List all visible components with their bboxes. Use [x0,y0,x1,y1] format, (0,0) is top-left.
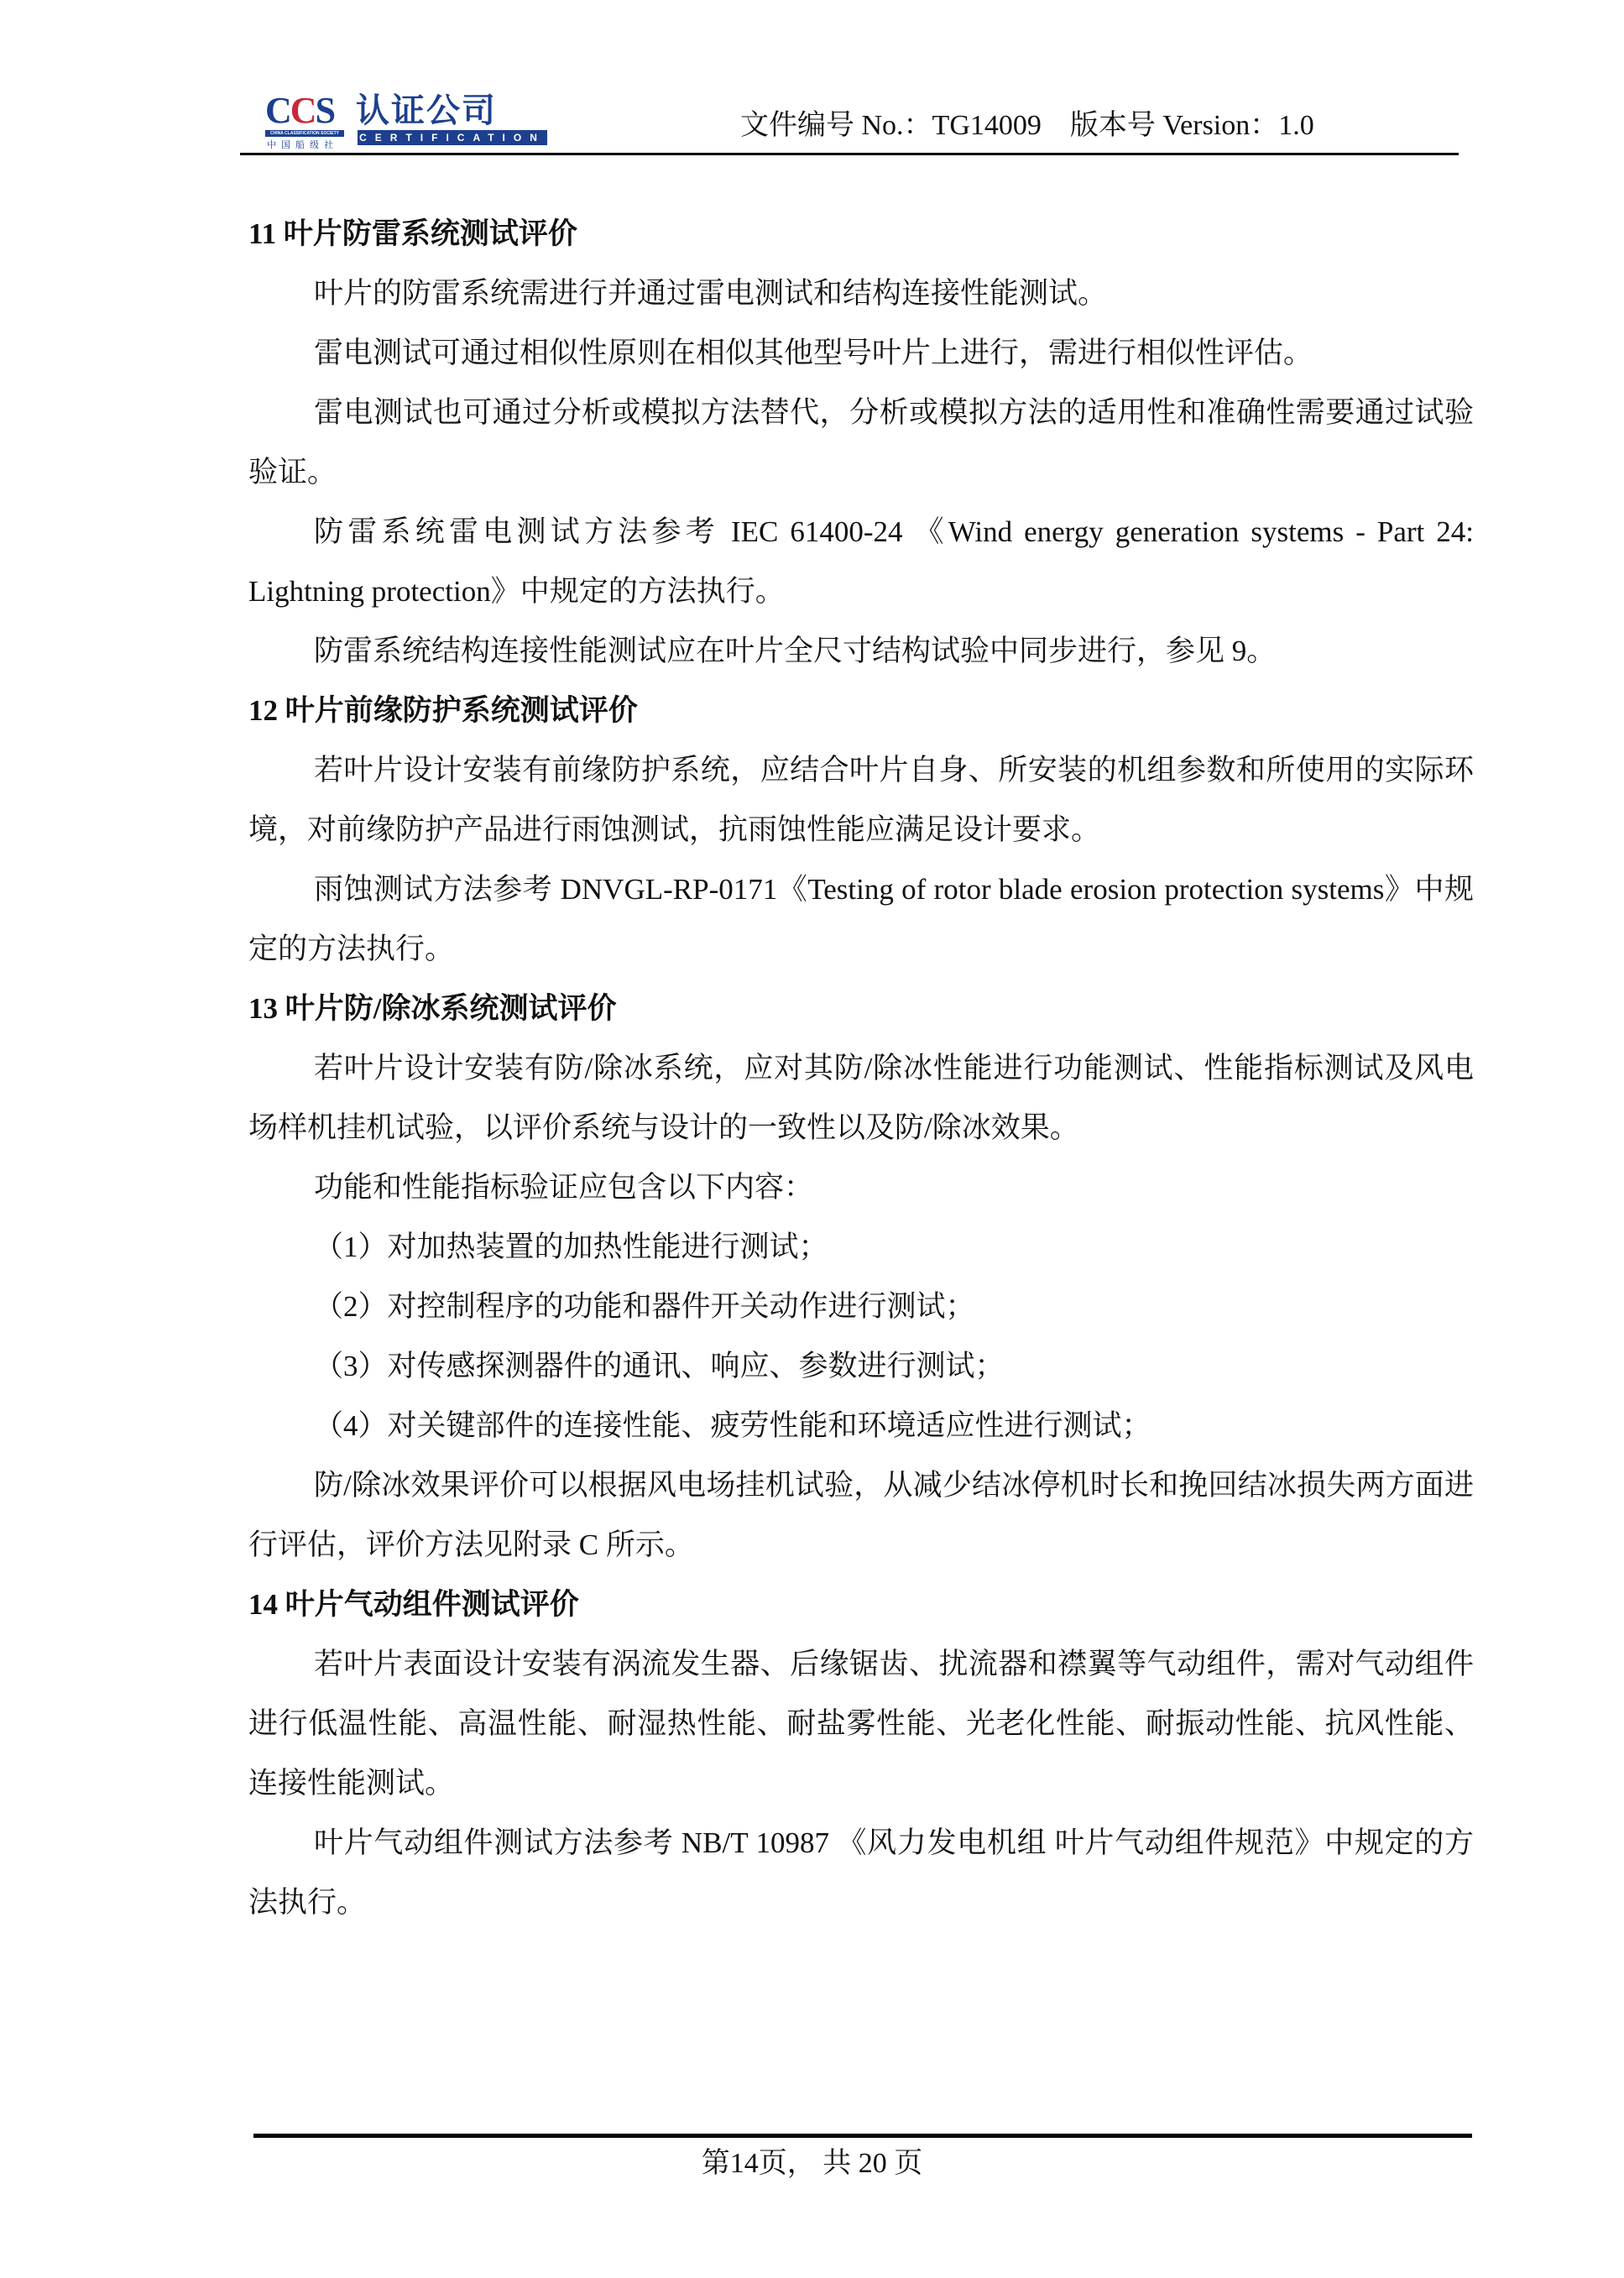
section-heading-11: 11 叶片防雷系统测试评价 [248,204,1474,264]
paragraph: 防雷系统结构连接性能测试应在叶片全尺寸结构试验中同步进行，参见 9。 [248,621,1474,681]
logo-society-cn: 中国船级社 [267,138,338,151]
list-item: （3）对传感探测器件的通讯、响应、参数进行测试； [248,1336,1474,1396]
paragraph: 防/除冰效果评价可以根据风电场挂机试验，从减少结冰停机时长和挽回结冰损失两方面进… [248,1455,1474,1575]
paragraph: 叶片的防雷系统需进行并通过雷电测试和结构连接性能测试。 [248,264,1474,323]
logo-ccs-abbr: CCS [265,92,334,129]
list-item: （1）对加热装置的加热性能进行测试； [248,1217,1474,1277]
page-header: CCS CHINA CLASSIFICATION SOCIETY 中国船级社 认… [240,84,1459,156]
paragraph: 雨蚀测试方法参考 DNVGL-RP-0171《Testing of rotor … [248,859,1474,979]
section-heading-12: 12 叶片前缘防护系统测试评价 [248,681,1474,740]
list-item: （2）对控制程序的功能和器件开关动作进行测试； [248,1277,1474,1336]
paragraph: 防雷系统雷电测试方法参考 IEC 61400-24 《Wind energy g… [248,502,1474,621]
document-number-version: 文件编号 No.：TG14009 版本号 Version：1.0 [740,109,1314,143]
logo-company-en: CERTIFICATION [358,130,547,145]
header-divider [240,153,1459,155]
paragraph: 功能和性能指标验证应包含以下内容： [248,1157,1474,1217]
ccs-certification-logo: CCS CHINA CLASSIFICATION SOCIETY 中国船级社 认… [258,89,552,148]
paragraph: 若叶片表面设计安装有涡流发生器、后缘锯齿、扰流器和襟翼等气动组件，需对气动组件进… [248,1634,1474,1813]
logo-company-cn: 认证公司 [356,92,497,129]
paragraph: 叶片气动组件测试方法参考 NB/T 10987 《风力发电机组 叶片气动组件规范… [248,1813,1474,1932]
section-heading-13: 13 叶片防/除冰系统测试评价 [248,979,1474,1038]
logo-society-en: CHINA CLASSIFICATION SOCIETY [265,130,344,137]
footer-divider [253,2134,1472,2138]
paragraph: 雷电测试也可通过分析或模拟方法替代，分析或模拟方法的适用性和准确性需要通过试验验… [248,383,1474,502]
paragraph: 雷电测试可通过相似性原则在相似其他型号叶片上进行，需进行相似性评估。 [248,323,1474,383]
section-heading-14: 14 叶片气动组件测试评价 [248,1575,1474,1634]
document-body: 11 叶片防雷系统测试评价 叶片的防雷系统需进行并通过雷电测试和结构连接性能测试… [248,204,1474,1932]
paragraph: 若叶片设计安装有防/除冰系统，应对其防/除冰性能进行功能测试、性能指标测试及风电… [248,1038,1474,1157]
page-number: 第14页， 共 20 页 [0,2147,1624,2181]
list-item: （4）对关键部件的连接性能、疲劳性能和环境适应性进行测试； [248,1396,1474,1455]
paragraph: 若叶片设计安装有前缘防护系统，应结合叶片自身、所安装的机组参数和所使用的实际环境… [248,740,1474,859]
